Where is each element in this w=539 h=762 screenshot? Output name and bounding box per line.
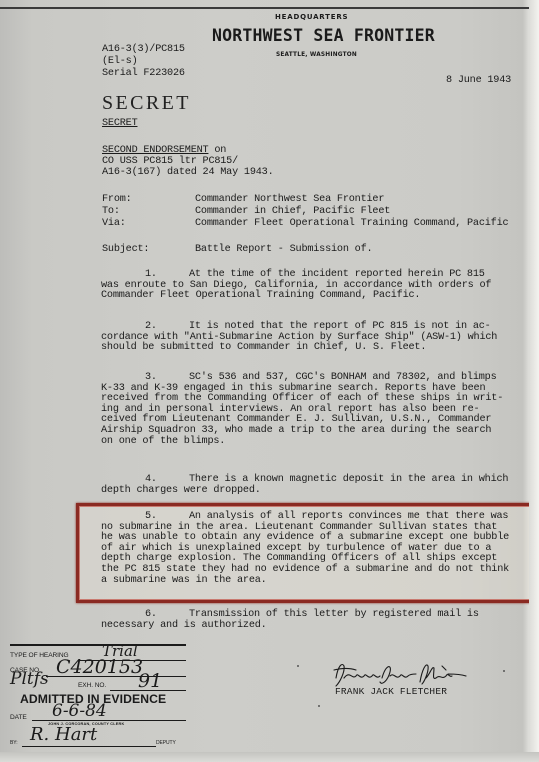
via-value: Commander Fleet Operational Training Com… xyxy=(195,219,508,230)
signatory-name: FRANK JACK FLETCHER xyxy=(335,686,447,697)
date-value: 6-6-84 xyxy=(52,701,107,721)
letterhead-headquarters: HEADQUARTERS xyxy=(275,13,348,21)
endorsement-line-2: CO USS PC815 ltr PC815/ xyxy=(102,157,238,168)
deputy-label: DEPUTY xyxy=(156,740,176,746)
to-value: Commander in Chief, Pacific Fleet xyxy=(195,207,390,218)
paragraph-5-highlighted: 5.An analysis of all reports convinces m… xyxy=(101,512,529,586)
paragraph-4: 4.There is a known magnetic deposit in t… xyxy=(101,475,529,496)
paragraph-number: 5. xyxy=(145,512,189,523)
paragraph-number: 1. xyxy=(145,270,189,281)
scan-speck xyxy=(318,705,320,707)
paragraph-1: 1.At the time of the incident reported h… xyxy=(101,270,529,302)
page-bottom-edge xyxy=(0,752,539,762)
document-date: 8 June 1943 xyxy=(446,76,511,87)
via-label: Via: xyxy=(102,219,126,230)
document-page: HEADQUARTERS NORTHWEST SEA FRONTIER SEAT… xyxy=(0,0,539,762)
by-signature: R. Hart xyxy=(30,724,97,745)
secret-typed: SECRET xyxy=(102,119,137,130)
subject-value: Battle Report - Submission of. xyxy=(195,245,372,256)
exh-no-label: EXH. NO. xyxy=(78,682,106,689)
endorsement-line-1: SECOND ENDORSEMENT on xyxy=(102,146,226,157)
endorsement-line-3: A16-3(167) dated 24 May 1943. xyxy=(102,168,274,179)
to-label: To: xyxy=(102,207,120,218)
paragraph-2: 2.It is noted that the report of PC 815 … xyxy=(101,322,529,354)
from-value: Commander Northwest Sea Frontier xyxy=(195,195,384,206)
paragraph-number: 6. xyxy=(145,610,189,621)
exh-no-value: 91 xyxy=(138,670,162,692)
paragraph-number: 2. xyxy=(145,322,189,333)
letterhead-organization: NORTHWEST SEA FRONTIER xyxy=(212,26,435,45)
subject-label: Subject: xyxy=(102,245,149,256)
exhibit-stamp: TYPE OF HEARING Trial CASE NO. C420153 P… xyxy=(6,636,192,758)
scan-speck xyxy=(297,665,299,667)
top-border-line xyxy=(0,7,539,9)
scan-speck xyxy=(148,99,149,102)
party-handwritten: Pltfs xyxy=(10,669,49,689)
stamp-top-rule xyxy=(10,644,186,646)
endorsement-title: SECOND ENDORSEMENT xyxy=(102,145,208,156)
scan-speck xyxy=(503,670,505,672)
paragraph-6: 6.Transmission of this letter by registe… xyxy=(101,610,529,631)
page-right-edge xyxy=(529,0,539,762)
from-label: From: xyxy=(102,195,132,206)
file-code: A16-3(3)/PC815 xyxy=(102,45,185,56)
paragraph-3: 3.SC's 536 and 537, CGC's BONHAM and 783… xyxy=(101,373,529,447)
letterhead-location: SEATTLE, WASHINGTON xyxy=(276,52,357,58)
secret-stamp: SECRET xyxy=(102,92,191,115)
endorsement-on: on xyxy=(208,145,226,156)
by-label: BY: xyxy=(10,740,17,746)
sub-code: (El-s) xyxy=(102,57,137,68)
date-label: DATE xyxy=(10,714,27,721)
paragraph-number: 3. xyxy=(145,373,189,384)
case-no-value: C420153 xyxy=(56,656,143,678)
paragraph-number: 4. xyxy=(145,475,189,486)
serial-number: Serial F223026 xyxy=(102,69,185,80)
